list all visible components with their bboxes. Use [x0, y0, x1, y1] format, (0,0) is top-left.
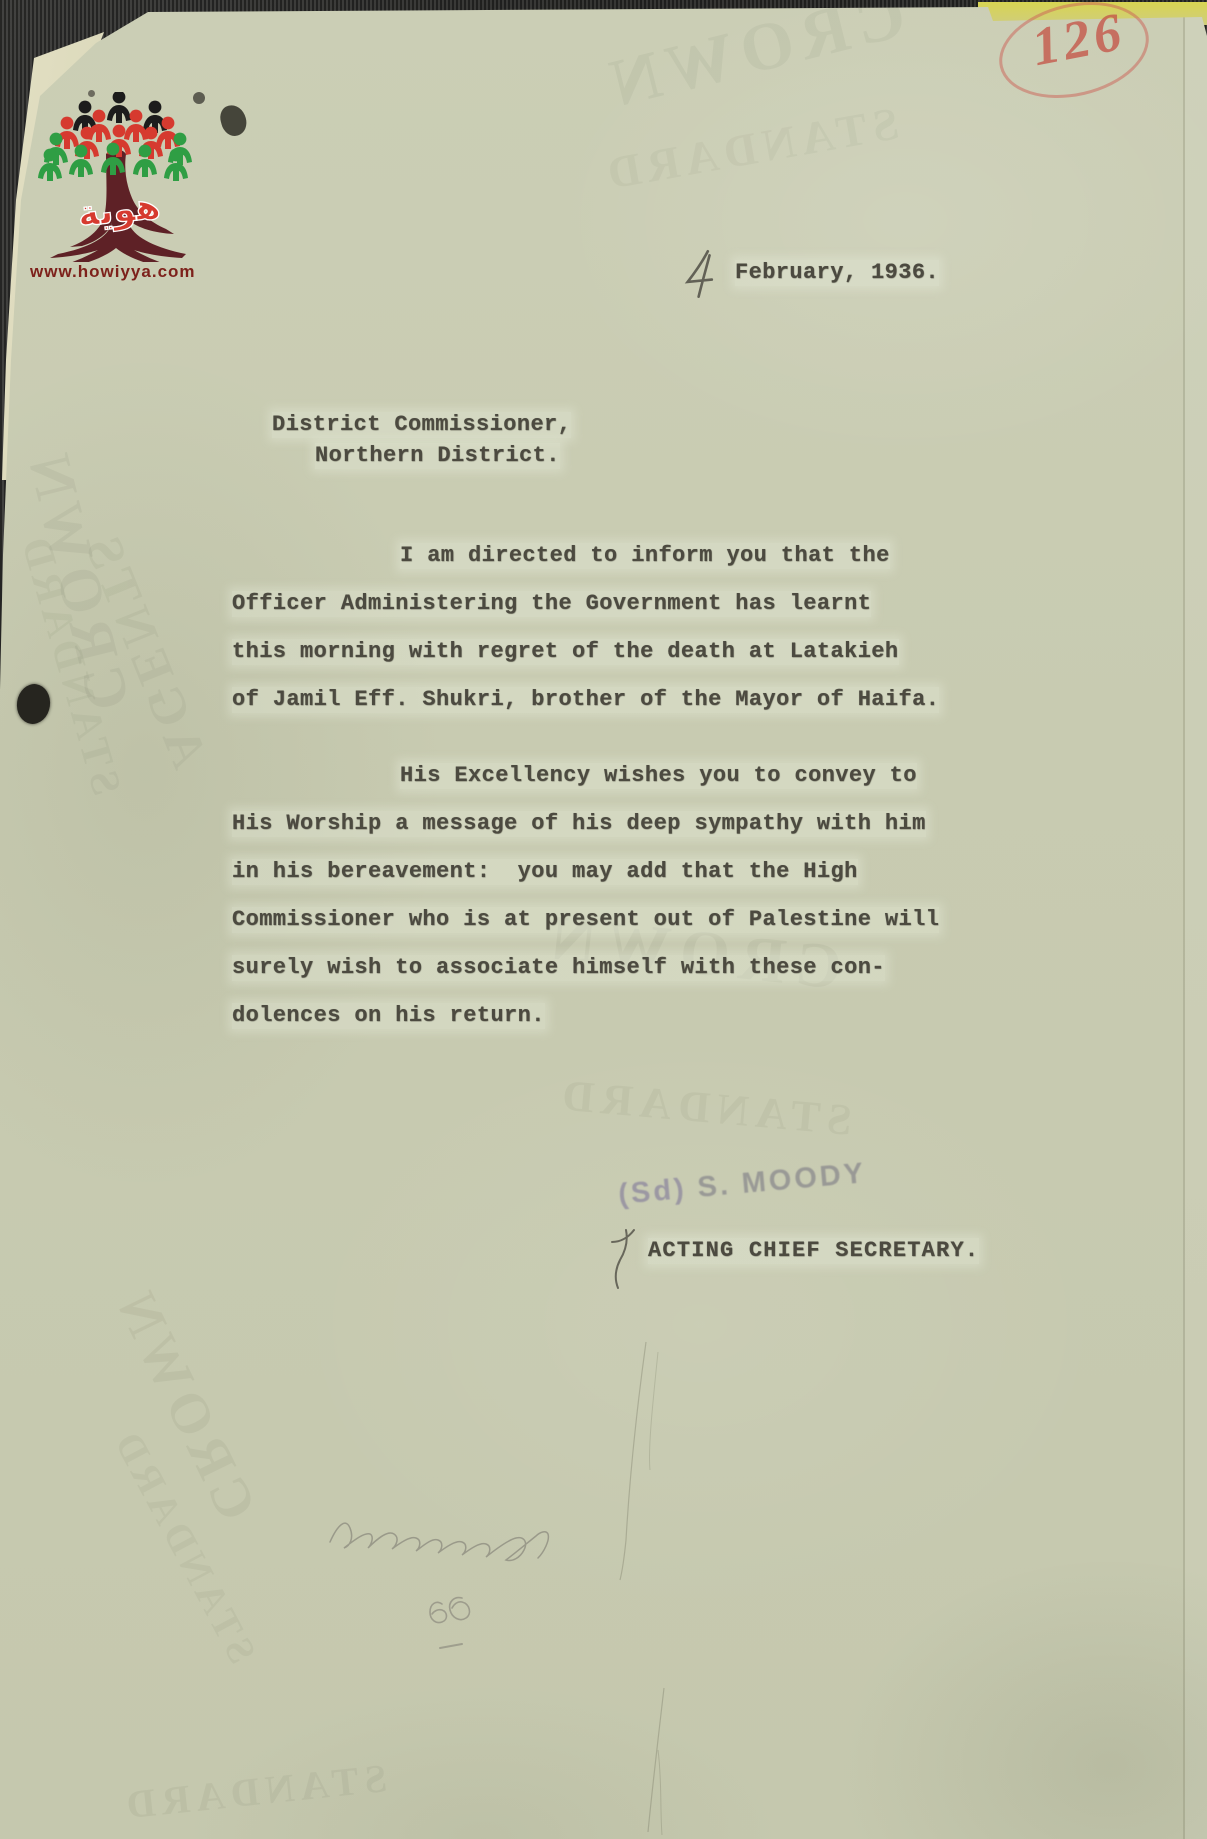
- paper-fold-highlight: [1185, 0, 1207, 1839]
- page-number-stamp: 126: [998, 4, 1150, 96]
- signature-checkmark: [612, 1230, 634, 1288]
- handwriting-and-creases: [0, 0, 1207, 1839]
- ink-dot: [193, 92, 205, 104]
- crease-line: [620, 1342, 646, 1580]
- crease-line: [658, 1750, 662, 1835]
- paper-sheet: CROWN STANDARD CROWN STANDARD AGENTS CRO…: [0, 0, 1207, 1839]
- crease-line: [648, 1688, 664, 1832]
- ink-dot: [88, 90, 95, 97]
- crease-line: [649, 1352, 658, 1470]
- scanned-letter-page: CROWN STANDARD CROWN STANDARD AGENTS CRO…: [0, 0, 1207, 1839]
- pencil-note: [430, 1598, 469, 1648]
- handwritten-day-4: [687, 250, 714, 298]
- pencil-signature: [330, 1523, 548, 1560]
